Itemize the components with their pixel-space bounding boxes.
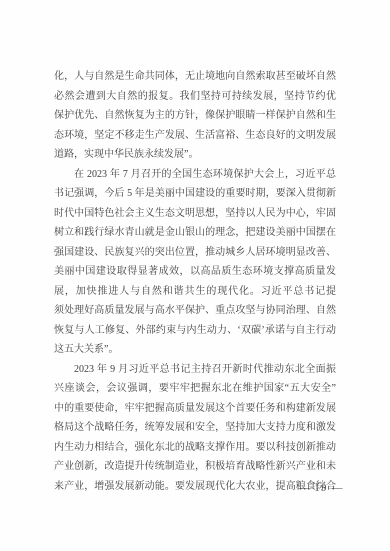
- text-line: 树立和践行绿水青山就是金山银山的理念，把建设美丽中国摆在: [54, 223, 336, 243]
- body-text: 化，人与自然是生命共同体，无止境地向自然索取甚至破坏自然 必然会遭到大自然的报复…: [54, 67, 336, 496]
- document-page: 化，人与自然是生命共同体，无止境地向自然索取甚至破坏自然 必然会遭到大自然的报复…: [0, 0, 390, 551]
- text-line: 产业创新，改造提升传统制造业，积极培育战略性新兴产业和未: [54, 457, 336, 477]
- text-line: 美丽中国建设取得显著成效，以高品质生态环境支撑高质量发: [54, 262, 336, 282]
- text-line: 态环境，坚定不移走生产发展、生活富裕、生态良好的文明发展: [54, 126, 336, 146]
- text-line: 兴座谈会，会议强调，要牢牢把握东北在维护国家“五大安全”: [54, 379, 336, 399]
- text-line: 恢复与人工修复、外部约束与内生动力、‘双碳’承诺与自主行动: [54, 321, 336, 341]
- paragraph-1: 化，人与自然是生命共同体，无止境地向自然索取甚至破坏自然 必然会遭到大自然的报复…: [54, 67, 336, 165]
- text-line: 2023 年 9 月习近平总书记主持召开新时代推动东北全面振: [54, 360, 336, 380]
- text-line: 须处理好高质量发展与高水平保护、重点攻坚与协同治理、自然: [54, 301, 336, 321]
- page-number: — 19 —: [298, 483, 344, 494]
- text-line: 这五大关系”。: [54, 340, 336, 360]
- text-line: 内生动力相结合，强化东北的战略支撑作用。要以科技创新推动: [54, 438, 336, 458]
- text-line: 来产业，增强发展新动能。要发展现代化大农业，提高粮食综合: [54, 477, 336, 497]
- text-line: 道路，实现中华民族永续发展”。: [54, 145, 336, 165]
- paragraph-3: 2023 年 9 月习近平总书记主持召开新时代推动东北全面振 兴座谈会，会议强调…: [54, 360, 336, 497]
- paragraph-2: 在 2023 年 7 月召开的全国生态环境保护大会上，习近平总 书记强调，今后 …: [54, 165, 336, 360]
- text-line: 时代中国特色社会主义生态文明思想，坚持以人民为中心，牢固: [54, 204, 336, 224]
- text-line: 强国建设、民族复兴的突出位置，推动城乡人居环境明显改善、: [54, 243, 336, 263]
- text-line: 在 2023 年 7 月召开的全国生态环境保护大会上，习近平总: [54, 165, 336, 185]
- text-line: 展，加快推进人与自然和谐共生的现代化。习近平总书记提出“必: [54, 282, 336, 302]
- text-line: 必然会遭到大自然的报复。我们坚持可持续发展，坚持节约优先、: [54, 87, 336, 107]
- text-line: 保护优先、自然恢复为主的方针，像保护眼睛一样保护自然和生: [54, 106, 336, 126]
- text-line: 中的重要使命，牢牢把握高质量发展这个首要任务和构建新发展: [54, 399, 336, 419]
- text-line: 书记强调，今后 5 年是美丽中国建设的重要时期，要深入贯彻新: [54, 184, 336, 204]
- text-line: 化，人与自然是生命共同体，无止境地向自然索取甚至破坏自然: [54, 67, 336, 87]
- text-line: 格局这个战略任务，统筹发展和安全，坚持加大支持力度和激发: [54, 418, 336, 438]
